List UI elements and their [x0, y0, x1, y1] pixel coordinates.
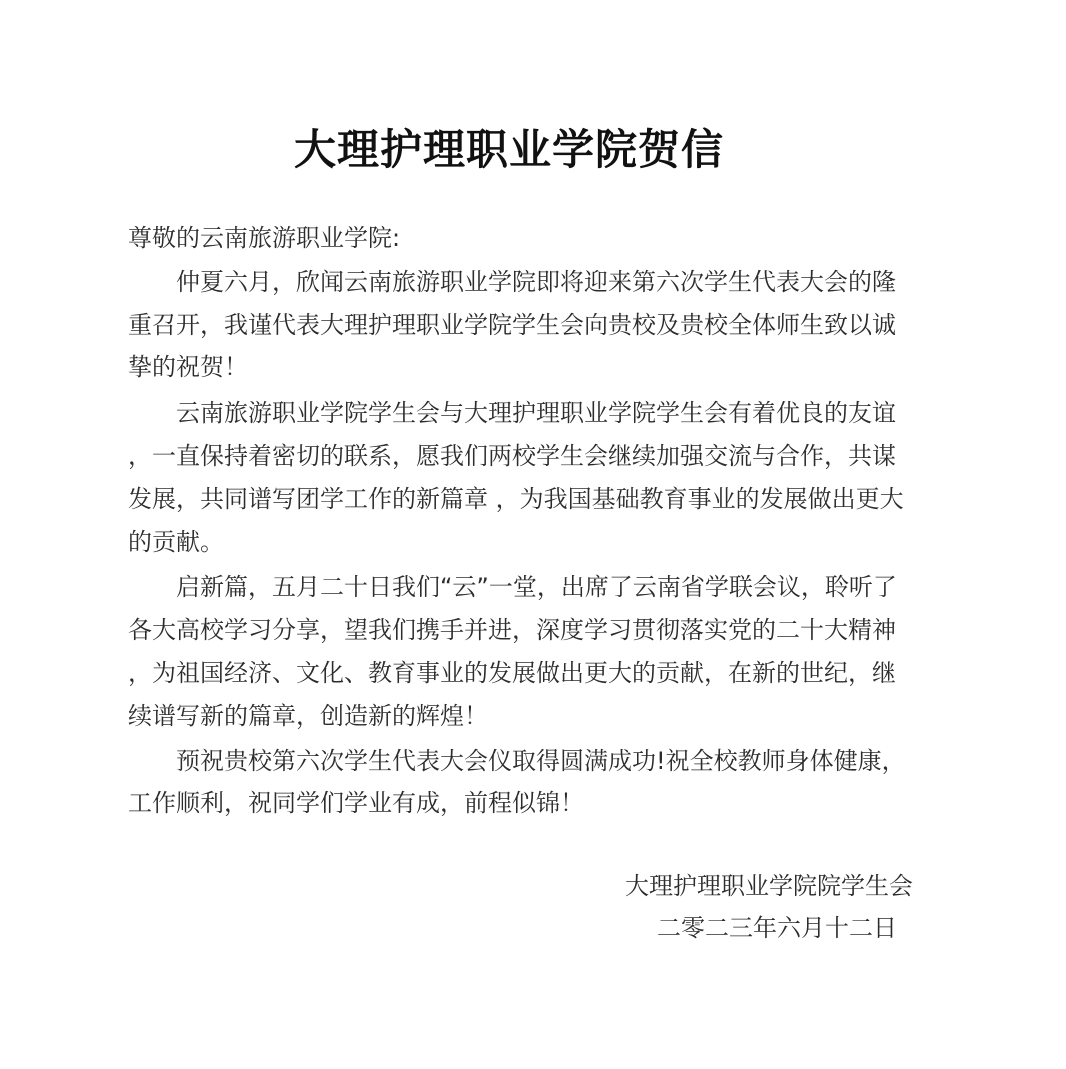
signature-organization: 大理护理职业学院院学生会 — [625, 871, 913, 901]
body-line: 预祝贵校第六次学生代表大会仪取得圆满成功!祝全校教师身体健康， — [128, 746, 906, 776]
body-line: 云南旅游职业学院学生会与大理护理职业学院学生会有着优良的友谊 — [128, 398, 896, 428]
body-line: ，一直保持着密切的联系，愿我们两校学生会继续加强交流与合作，共谋 — [128, 441, 896, 471]
letter-title: 大理护理职业学院贺信 — [0, 122, 1018, 178]
body-line: 各大高校学习分享，望我们携手并进，深度学习贯彻落实党的二十大精神 — [128, 615, 896, 645]
body-line: 重召开，我谨代表大理护理职业学院学生会向贵校及贵校全体师生致以诚 — [128, 310, 896, 340]
signature-date: 二零二三年六月十二日 — [657, 913, 897, 943]
body-line: ，为祖国经济、文化、教育事业的发展做出更大的贡献，在新的世纪，继 — [128, 658, 896, 688]
body-line: 工作顺利，祝同学们学业有成，前程似锦！ — [128, 788, 584, 818]
body-line: 发展，共同谱写团学工作的新篇章 ，为我国基础教育事业的发展做出更大 — [128, 484, 904, 514]
body-line: 仲夏六月，欣闻云南旅游职业学院即将迎来第六次学生代表大会的隆 — [128, 267, 896, 297]
body-line: 启新篇，五月二十日我们“云”一堂，出席了云南省学联会议，聆听了 — [128, 572, 897, 602]
body-line: 的贡献。 — [128, 527, 224, 557]
body-line: 续谱写新的篇章，创造新的辉煌！ — [128, 701, 488, 731]
body-line: 挚的祝贺！ — [128, 352, 248, 382]
salutation: 尊敬的云南旅游职业学院: — [128, 223, 400, 253]
